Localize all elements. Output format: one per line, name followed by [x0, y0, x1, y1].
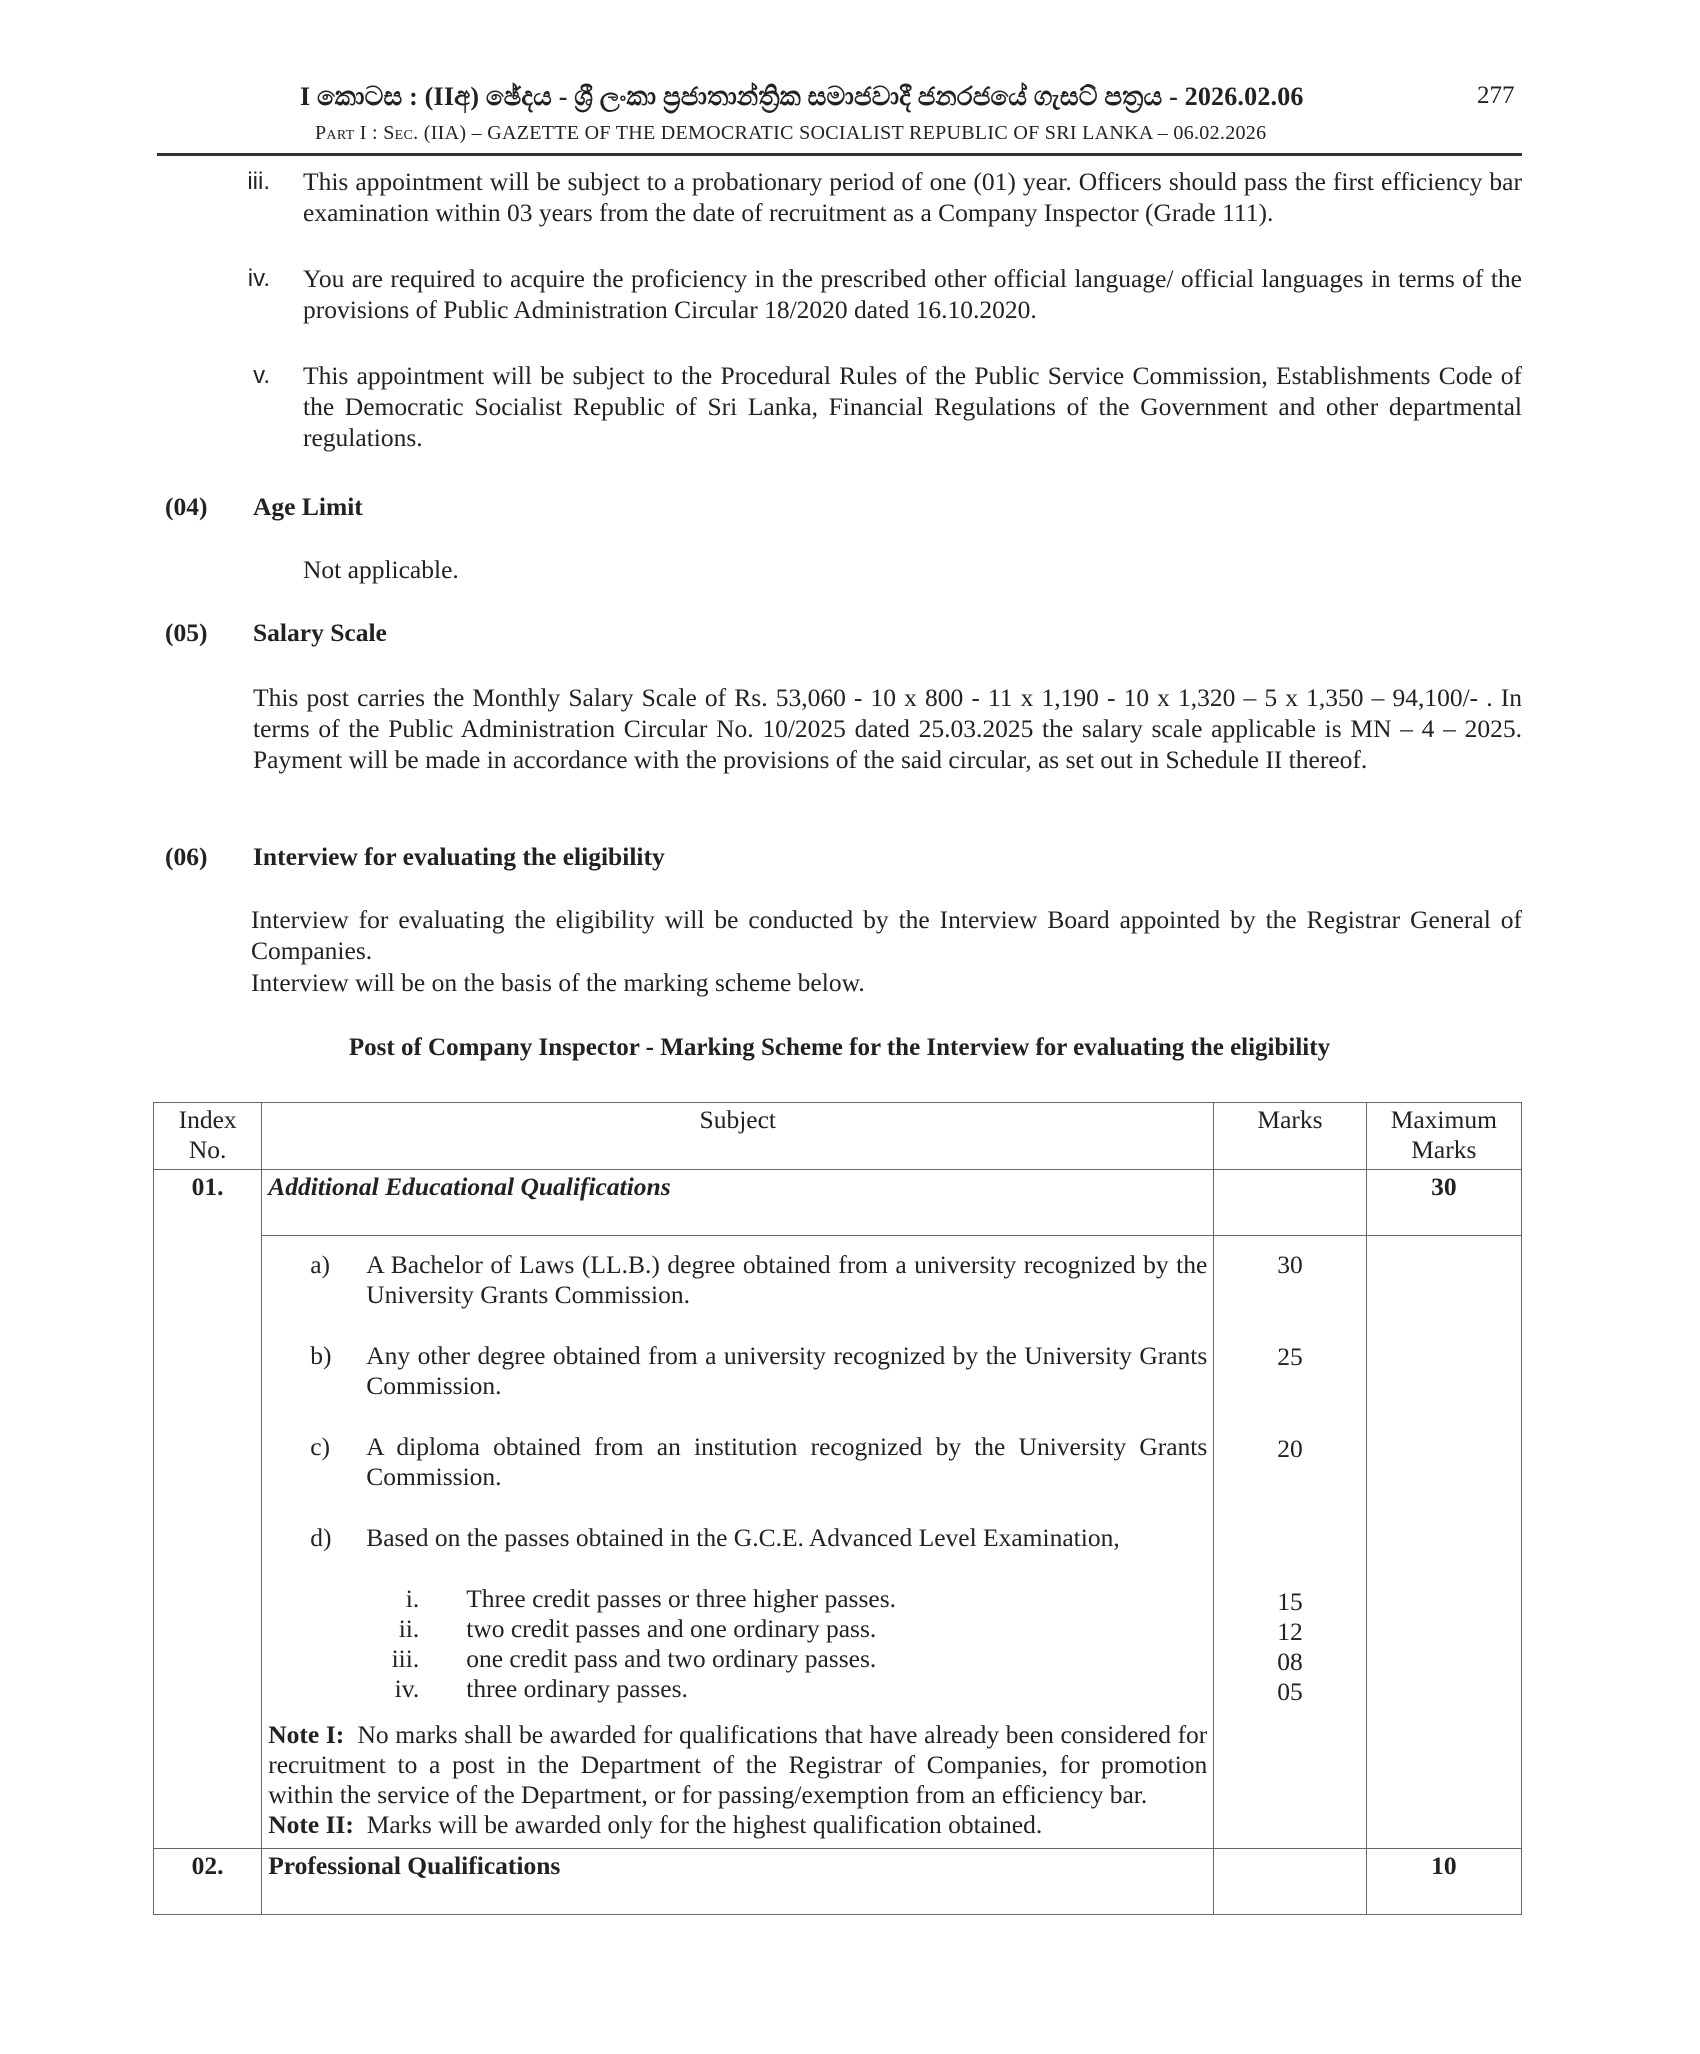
max-marks-empty	[1366, 1236, 1521, 1849]
sub-option-iv: iv.three ordinary passes.	[262, 1674, 1213, 1704]
header-rule	[157, 153, 1522, 156]
sub-option-label: iv.	[395, 1674, 420, 1704]
sub-option-marks: 12	[1214, 1617, 1365, 1647]
row-marks-empty	[1214, 1170, 1366, 1236]
section-number: (06)	[165, 842, 207, 872]
sub-option-text: three ordinary passes.	[466, 1674, 688, 1703]
condition-text: This appointment will be subject to the …	[303, 360, 1522, 453]
section-title: Age Limit	[253, 492, 363, 522]
row-max-marks: 30	[1366, 1170, 1521, 1236]
note-label: Note II:	[268, 1810, 354, 1839]
header-index: Index No.	[154, 1103, 262, 1170]
option-b: b)Any other degree obtained from a unive…	[262, 1341, 1213, 1401]
sub-option-i: i.Three credit passes or three higher pa…	[262, 1584, 1213, 1614]
sub-option-text: one credit pass and two ordinary passes.	[466, 1644, 876, 1673]
header-subject: Subject	[262, 1103, 1214, 1170]
option-marks-empty	[1214, 1526, 1365, 1587]
option-label: b)	[310, 1341, 331, 1371]
note-2: Note II: Marks will be awarded only for …	[262, 1810, 1213, 1840]
option-c: c)A diploma obtained from an institution…	[262, 1432, 1213, 1492]
sub-option-label: ii.	[399, 1614, 420, 1644]
condition-number: v.	[220, 360, 270, 391]
option-marks: 20	[1214, 1434, 1365, 1526]
option-a: a)A Bachelor of Laws (LL.B.) degree obta…	[262, 1250, 1213, 1310]
condition-iv: iv. You are required to acquire the prof…	[220, 263, 1522, 327]
option-text: Any other degree obtained from a univers…	[366, 1341, 1207, 1400]
section-title: Interview for evaluating the eligibility	[253, 842, 665, 872]
note-label: Note I:	[268, 1720, 344, 1749]
sub-option-marks: 15	[1214, 1587, 1365, 1617]
marks-cell: 30 25 20 15 12 08 05	[1214, 1236, 1366, 1849]
interview-body-1: Interview for evaluating the eligibility…	[251, 904, 1522, 966]
note-text: No marks shall be awarded for qualificat…	[268, 1720, 1207, 1809]
row-category: Professional Qualifications	[262, 1849, 1214, 1915]
option-label: d)	[310, 1523, 331, 1553]
option-d: d)Based on the passes obtained in the G.…	[262, 1523, 1213, 1553]
header-marks: Marks	[1214, 1103, 1366, 1170]
option-label: a)	[310, 1250, 330, 1280]
condition-v: v. This appointment will be subject to t…	[220, 360, 1522, 455]
row-marks-empty	[1214, 1849, 1366, 1915]
condition-iii: iii. This appointment will be subject to…	[220, 166, 1522, 230]
header-max-marks: Maximum Marks	[1366, 1103, 1521, 1170]
table-row: a)A Bachelor of Laws (LL.B.) degree obta…	[154, 1236, 1522, 1849]
interview-body-2: Interview will be on the basis of the ma…	[251, 967, 1522, 998]
condition-number: iv.	[220, 263, 270, 294]
sub-option-text: Three credit passes or three higher pass…	[466, 1584, 896, 1613]
option-marks: 25	[1214, 1342, 1365, 1434]
sub-option-marks: 08	[1214, 1647, 1365, 1677]
header-sinhala-title: I කොටස : (IIඅ) ඡේදය - ශ්‍රී ලංකා ප්‍රජාත…	[300, 82, 1304, 113]
option-marks: 30	[1214, 1250, 1365, 1342]
marking-scheme-table: Index No. Subject Marks Maximum Marks 01…	[153, 1102, 1522, 1915]
salary-scale-body: This post carries the Monthly Salary Sca…	[253, 682, 1522, 775]
option-label: c)	[310, 1432, 330, 1462]
options-cell: a)A Bachelor of Laws (LL.B.) degree obta…	[262, 1236, 1214, 1849]
section-title: Salary Scale	[253, 618, 387, 648]
age-limit-body: Not applicable.	[303, 554, 459, 585]
sub-option-ii: ii.two credit passes and one ordinary pa…	[262, 1614, 1213, 1644]
sub-option-iii: iii.one credit pass and two ordinary pas…	[262, 1644, 1213, 1674]
row-index: 01.	[154, 1170, 262, 1849]
sub-option-label: iii.	[392, 1644, 420, 1674]
condition-text: You are required to acquire the proficie…	[303, 263, 1522, 325]
table-header-row: Index No. Subject Marks Maximum Marks	[154, 1103, 1522, 1170]
sub-option-label: i.	[406, 1584, 419, 1614]
section-number: (05)	[165, 618, 207, 648]
sub-option-text: two credit passes and one ordinary pass.	[466, 1614, 876, 1643]
option-text: A diploma obtained from an institution r…	[366, 1432, 1207, 1491]
row-index: 02.	[154, 1849, 262, 1915]
header-part: Part I : Sec.	[315, 122, 418, 144]
condition-number: iii.	[220, 166, 270, 197]
option-text: A Bachelor of Laws (LL.B.) degree obtain…	[366, 1250, 1207, 1309]
table-row: 01. Additional Educational Qualification…	[154, 1170, 1522, 1236]
table-row: 02. Professional Qualifications 10	[154, 1849, 1522, 1915]
header-gazette-name: (IIA) – GAZETTE OF THE DEMOCRATIC SOCIAL…	[424, 122, 1267, 144]
table-caption: Post of Company Inspector - Marking Sche…	[157, 1034, 1522, 1062]
header-english-title: Part I : Sec. (IIA) – GAZETTE OF THE DEM…	[315, 122, 1266, 145]
note-text: Marks will be awarded only for the highe…	[367, 1810, 1043, 1839]
note-1: Note I: No marks shall be awarded for qu…	[262, 1720, 1213, 1810]
row-max-marks: 10	[1366, 1849, 1521, 1915]
condition-text: This appointment will be subject to a pr…	[303, 166, 1522, 228]
option-text: Based on the passes obtained in the G.C.…	[366, 1523, 1119, 1552]
page-number: 277	[1477, 82, 1515, 110]
row-category: Additional Educational Qualifications	[262, 1170, 1214, 1236]
section-number: (04)	[165, 492, 207, 522]
sub-option-marks: 05	[1214, 1677, 1365, 1707]
